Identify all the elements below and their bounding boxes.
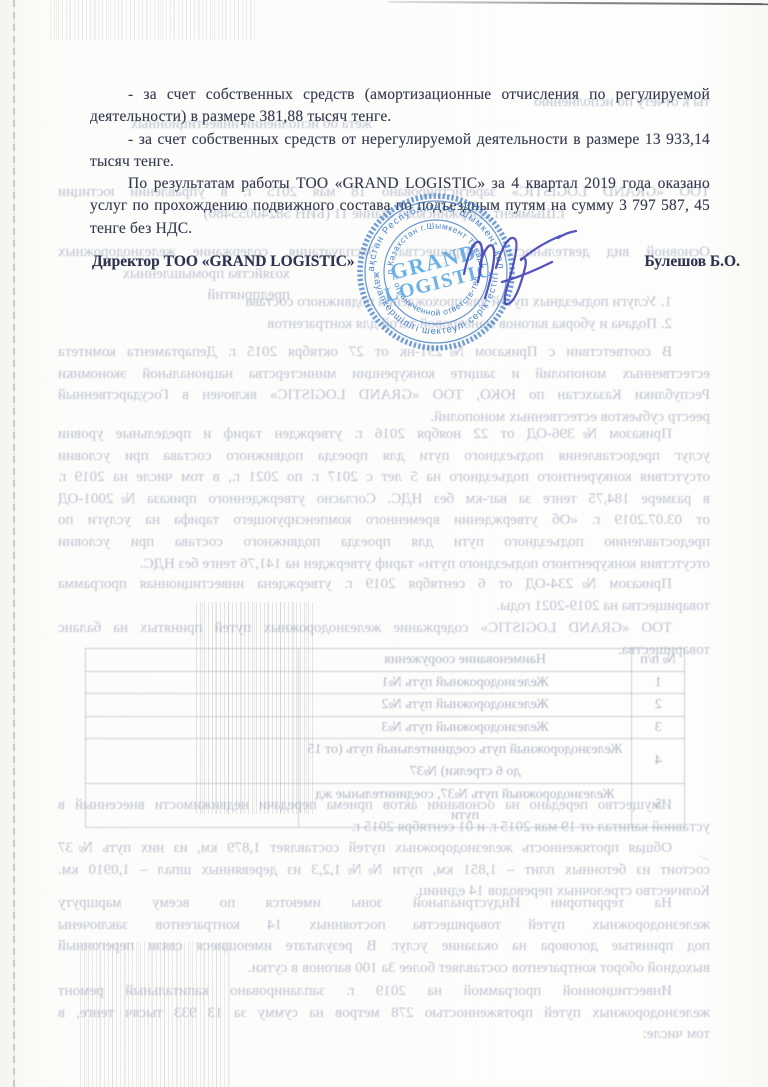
bleed-paragraph: Приказом №396-ОД от 22 ноября 2016 г. ут… [58,424,710,575]
bleed-line: отсутствия конкурентного подъездного на … [58,467,710,489]
scanned-document-page: { "colors":{"stamp_ring":"#2f74c9","stam… [0,0,768,1087]
bleed-line: товарищества на 2019-2021 годы. [58,596,710,618]
bleed-line: железнодорожных путей товарищества посто… [58,915,710,937]
bleed-table-col-no: № п/п [632,649,685,672]
bleed-line: в размере 184,75 тенге за ваг-км без НДС… [58,489,710,511]
bleed-table-row: 1 Железнодорожный путь №1 [86,671,685,694]
bleed-paragraph: Инвестиционной программой на 2019 г. зап… [58,981,710,1046]
bleed-line: Республики Казахстан по ЮКО, ТОО «GRAND … [58,385,710,407]
bleed-line: состоит из бетонных плит – 1,851 км, пут… [58,860,710,882]
bleed-line: Приказом №234-ОД от 6 сентября 2019 г. у… [58,574,710,596]
bleed-paragraph: Приказом №234-ОД от 6 сентября 2019 г. у… [58,574,710,617]
handwritten-signature [458,212,586,308]
body-line: тысяч тенге. [90,151,710,173]
bleed-line: от 03.07.2019 г. «Об утверждении временн… [58,510,710,532]
director-name: Булешов Б.О. [644,253,740,271]
bleed-line: Общая протяженность железнодорожных путе… [58,838,710,860]
bleed-table-row: 3 Железнодорожный путь №3 [86,716,685,739]
bleed-table-row: 2 Железнодорожный путь №2 [86,694,685,717]
bleed-line: под принятые договора на оказание услуг.… [58,936,710,958]
bleed-table-col-blank [86,649,299,672]
bleed-line: Имущество передано на основании актов пр… [58,795,710,817]
bleed-line: железнодорожных путей протяженностью 278… [58,1003,710,1025]
bleed-line: том числе: [58,1024,710,1046]
bleed-line: На территории Индустриальной зоны имеютс… [58,893,710,915]
bleed-line: предоставлению подъездного пути для прое… [58,532,710,554]
bleed-paragraph: Имущество передано на основании актов пр… [58,795,710,838]
bleed-paragraph: На территории Индустриальной зоны имеютс… [58,893,710,979]
bleed-table-row: 4 Железнодорожный путь соединительный пу… [86,739,685,783]
director-title: Директор ТОО «GRAND LOGISTIC» [92,253,355,271]
body-line: - за счет собственных средств от нерегул… [90,129,710,151]
bleed-line: отсутствия конкурентного подъездного пут… [58,554,710,576]
body-line: деятельности) в размере 381,88 тысяч тен… [90,106,710,128]
body-line: - за счет собственных средств (амортизац… [90,84,710,106]
bleed-line: выходной оборот контрагентов составляет … [58,958,710,980]
bleed-table-col-name: Наименование сооружения [298,649,632,672]
bleed-line: естественных монополий и защите конкурен… [58,364,710,386]
bleed-line: услуг предоставления подъездного пути дл… [58,446,710,468]
bleed-line: Приказом №396-ОД от 22 ноября 2016 г. ут… [58,424,710,446]
bleed-table-header-row: № п/п Наименование сооружения [86,649,685,672]
bleed-line: уставной капитал от 19 мая 2015 г. и 01 … [58,817,710,839]
bleed-line: Инвестиционной программой на 2019 г. зап… [58,981,710,1003]
